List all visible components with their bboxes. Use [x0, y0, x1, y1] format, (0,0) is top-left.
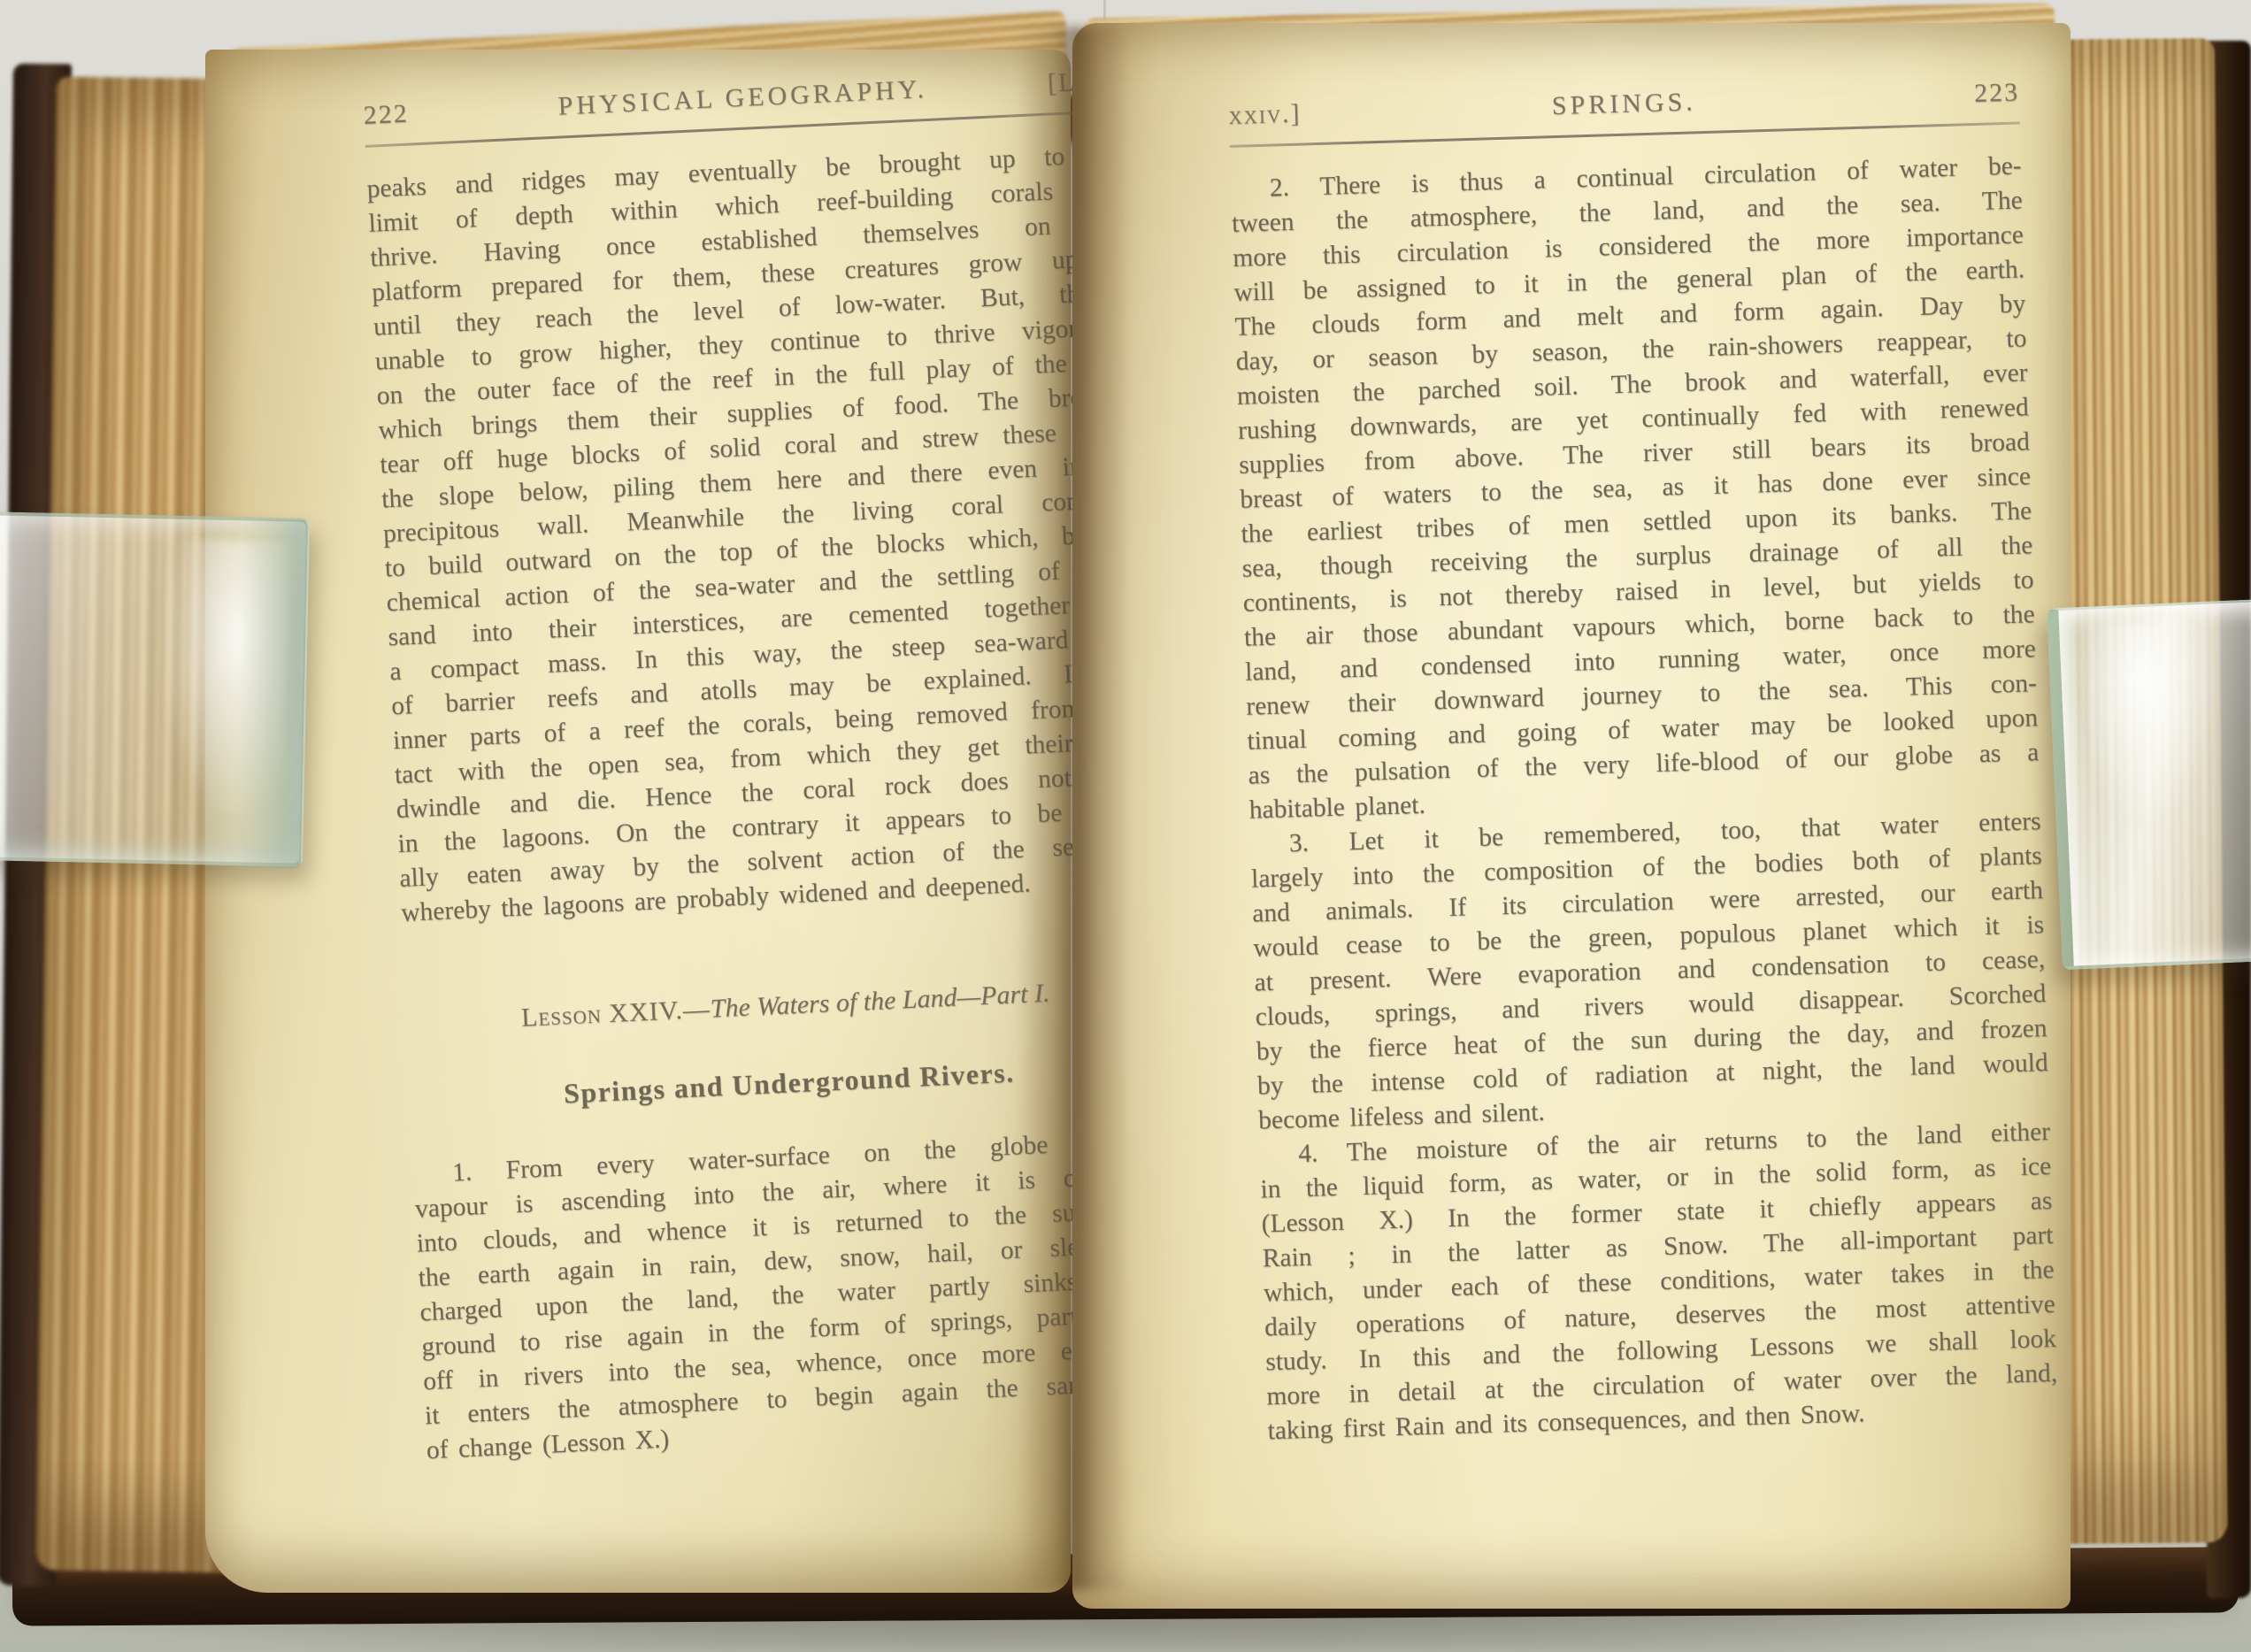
right-page-print-area: xxiv.] SPRINGS. 223 2. There is thus a c…	[1228, 77, 2059, 1448]
paragraph-4: 4. The moisture of the air returns to th…	[1259, 1115, 2059, 1448]
paragraph-2: 2. There is thus a continual circulation…	[1230, 149, 2040, 827]
glass-reflection	[2084, 619, 2217, 819]
page-number: 223	[1913, 77, 2020, 111]
glass-paperweight-right	[2047, 599, 2251, 970]
glass-paperweight-left	[0, 511, 310, 866]
paragraph-1: 1. From every water-surface on the globe…	[412, 1122, 1186, 1468]
lesson-heading: Lesson XXIV.—The Waters of the Land—Part…	[405, 972, 1165, 1038]
left-page: 222 PHYSICAL GEOGRAPHY. [Less. peaks and…	[205, 50, 1071, 1593]
photo-of-open-book: 222 PHYSICAL GEOGRAPHY. [Less. peaks and…	[0, 0, 2251, 1652]
lesson-number: Lesson XXIV.—	[520, 995, 711, 1033]
glass-bevel-edge	[235, 519, 308, 868]
chapter-mark: xxiv.]	[1228, 97, 1335, 131]
left-page-print-area: 222 PHYSICAL GEOGRAPHY. [Less. peaks and…	[363, 65, 1186, 1469]
page-number: 222	[363, 96, 470, 131]
section-heading: Springs and Underground Rivers.	[409, 1049, 1169, 1117]
page-header: xxiv.] SPRINGS. 223	[1228, 77, 2020, 131]
continued-paragraph: peaks and ridges may eventually be broug…	[366, 136, 1160, 930]
right-page: xxiv.] SPRINGS. 223 2. There is thus a c…	[1072, 23, 2070, 1609]
paragraph-3: 3. Let it be remembered, too, that water…	[1249, 804, 2049, 1138]
lesson-title: The Waters of the Land—Part I.	[710, 979, 1050, 1024]
running-title: SPRINGS.	[1334, 81, 1914, 127]
page-header: 222 PHYSICAL GEOGRAPHY. [Less.	[363, 65, 1123, 131]
